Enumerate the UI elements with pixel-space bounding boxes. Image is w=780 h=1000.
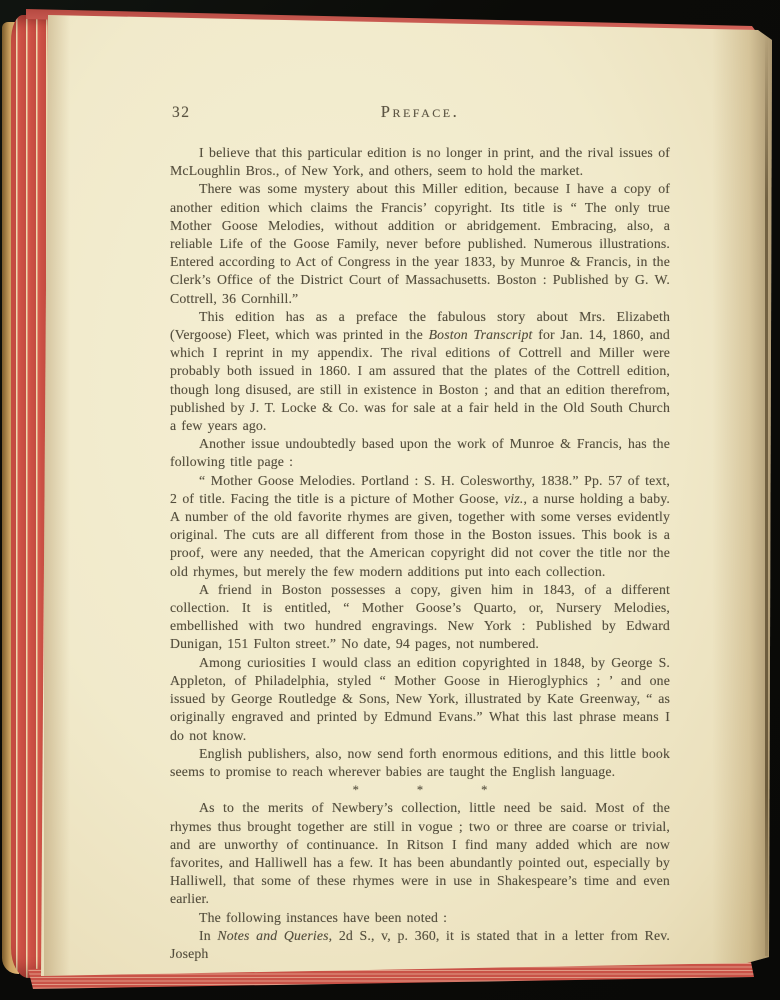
body-text: As to the merits of Newbery’s collection…	[170, 800, 670, 906]
page-gutter-line	[765, 34, 768, 956]
body-text: A friend in Boston possesses a copy, giv…	[170, 582, 670, 652]
paragraph: This edition has as a preface the fabulo…	[170, 308, 670, 435]
page-left-shading	[44, 10, 70, 980]
body-text: Among curiosities I would class an editi…	[170, 655, 670, 743]
book-page: 32 Preface. I believe that this particul…	[0, 0, 780, 1000]
page-header: 32 Preface.	[170, 100, 670, 128]
italic-text: Notes and Queries	[217, 928, 328, 943]
paragraph: In Notes and Queries, 2d S., v, p. 360, …	[170, 927, 670, 963]
asterisk: *	[481, 781, 487, 799]
body-text: There was some mystery about this Miller…	[170, 181, 670, 305]
paragraph: English publishers, also, now send forth…	[170, 745, 670, 781]
paragraph: A friend in Boston possesses a copy, giv…	[170, 581, 670, 654]
body-text: Another issue undoubtedly based upon the…	[170, 436, 670, 469]
italic-text: viz.	[504, 491, 523, 506]
paragraph: The following instances have been noted …	[170, 909, 670, 927]
paragraph: “ Mother Goose Melodies. Portland : S. H…	[170, 472, 670, 581]
section-break-asterisks: ***	[170, 781, 670, 799]
asterisk: *	[353, 781, 359, 799]
asterisk: *	[417, 781, 423, 799]
body-text: I believe that this particular edition i…	[170, 145, 670, 178]
body-text: for Jan. 14, 1860, and which I reprint i…	[170, 327, 670, 433]
paragraph: As to the merits of Newbery’s collection…	[170, 799, 670, 908]
scanned-book-photo: 32 Preface. I believe that this particul…	[0, 0, 780, 1000]
body-text: The following instances have been noted …	[199, 910, 447, 925]
paragraph: There was some mystery about this Miller…	[170, 180, 670, 307]
paragraph: Another issue undoubtedly based upon the…	[170, 435, 670, 471]
body-text: English publishers, also, now send forth…	[170, 746, 670, 779]
paragraph: I believe that this particular edition i…	[170, 144, 670, 180]
running-title: Preface.	[170, 103, 670, 121]
text-flow: I believe that this particular edition i…	[170, 144, 670, 963]
text-block: 32 Preface. I believe that this particul…	[170, 100, 670, 963]
paragraph: Among curiosities I would class an editi…	[170, 654, 670, 745]
body-text: In	[199, 928, 217, 943]
italic-text: Boston Transcript	[429, 327, 533, 342]
page-gutter-shading	[712, 20, 772, 970]
